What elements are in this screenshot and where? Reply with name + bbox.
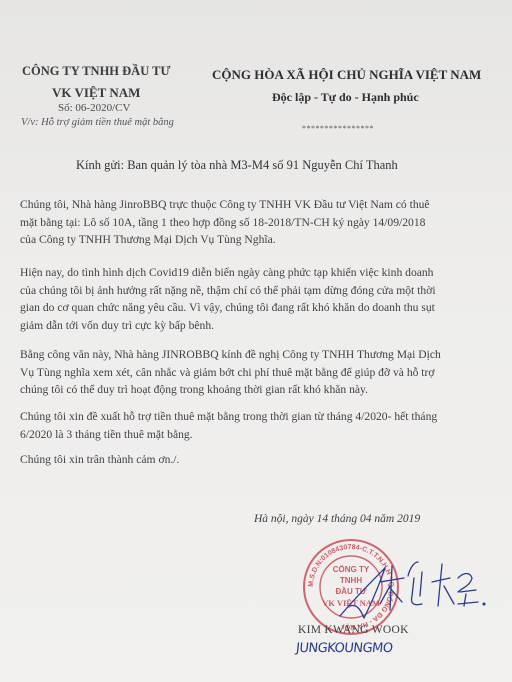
body-paragraph-3: Bằng công văn này, Nhà hàng JINROBBQ kín…: [20, 346, 490, 399]
body-line: chúng tôi có thể duy trì hoạt động trong…: [20, 381, 490, 399]
body-line: Chúng tôi, Nhà hàng JinroBBQ trực thuộc …: [20, 196, 490, 214]
national-motto: Độc lập - Tự do - Hạnh phúc: [272, 90, 419, 105]
document-subject: V/v: Hỗ trợ giảm tiền thuê mặt bằng: [21, 117, 174, 128]
handwritten-name: JUNGKOUNGMO: [295, 641, 393, 656]
body-line: giảm dẫn tới vốn duy trì cực kỳ bấp bênh…: [20, 317, 490, 335]
company-name-line1: CÔNG TY TNHH ĐẦU TƯ: [22, 64, 170, 79]
company-name-line2: VK VIỆT NAM: [52, 85, 140, 101]
body-paragraph-2: Hiện nay, do tình hình dịch Covid19 diễn…: [20, 264, 490, 334]
body-line: Bằng công văn này, Nhà hàng JINROBBQ kín…: [20, 346, 490, 364]
body-line: mặt bằng tại: Lô số 10A, tầng 1 theo hợp…: [20, 214, 490, 232]
body-paragraph-5: Chúng tôi xin trân thành cảm ơn./.: [20, 451, 490, 469]
body-line: của Công ty TNHH Thương Mại Dịch Vụ Tùng…: [20, 231, 490, 249]
body-line: 6/2020 là 3 tháng tiền thuê mặt bằng.: [20, 426, 490, 444]
header-separator: ****************: [302, 124, 374, 133]
signer-name: KIM KWANG WOOK: [298, 624, 409, 636]
signing-date: Hà nội, ngày 14 tháng 04 năm 2019: [254, 513, 420, 525]
body-line: Chúng tôi xin đề xuất hỗ trợ tiền thuê m…: [20, 408, 490, 426]
body-line: Hiện nay, do tình hình dịch Covid19 diễn…: [20, 264, 490, 282]
body-paragraph-1: Chúng tôi, Nhà hàng JinroBBQ trực thuộc …: [20, 196, 490, 249]
document-number: Số: 06-2020/CV: [58, 102, 130, 114]
body-line: gian do cơ quan chức năng yêu cầu. Vì vậ…: [20, 299, 490, 317]
body-paragraph-4: Chúng tôi xin đề xuất hỗ trợ tiền thuê m…: [20, 408, 490, 443]
national-title: CỘNG HÒA XÃ HỘI CHỦ NGHĨA VIỆT NAM: [212, 67, 481, 83]
body-line: Vụ Tùng nghĩa xem xét, cân nhắc và giảm …: [20, 364, 490, 382]
recipient-line: Kính gửi: Ban quản lý tòa nhà M3-M4 số 9…: [76, 158, 398, 173]
body-line: Chúng tôi xin trân thành cảm ơn./.: [20, 451, 490, 469]
body-line: của chúng tôi bị ảnh hưởng rất nặng nề, …: [20, 282, 490, 300]
letter-page: CÔNG TY TNHH ĐẦU TƯ VK VIỆT NAM Số: 06-2…: [0, 0, 512, 682]
